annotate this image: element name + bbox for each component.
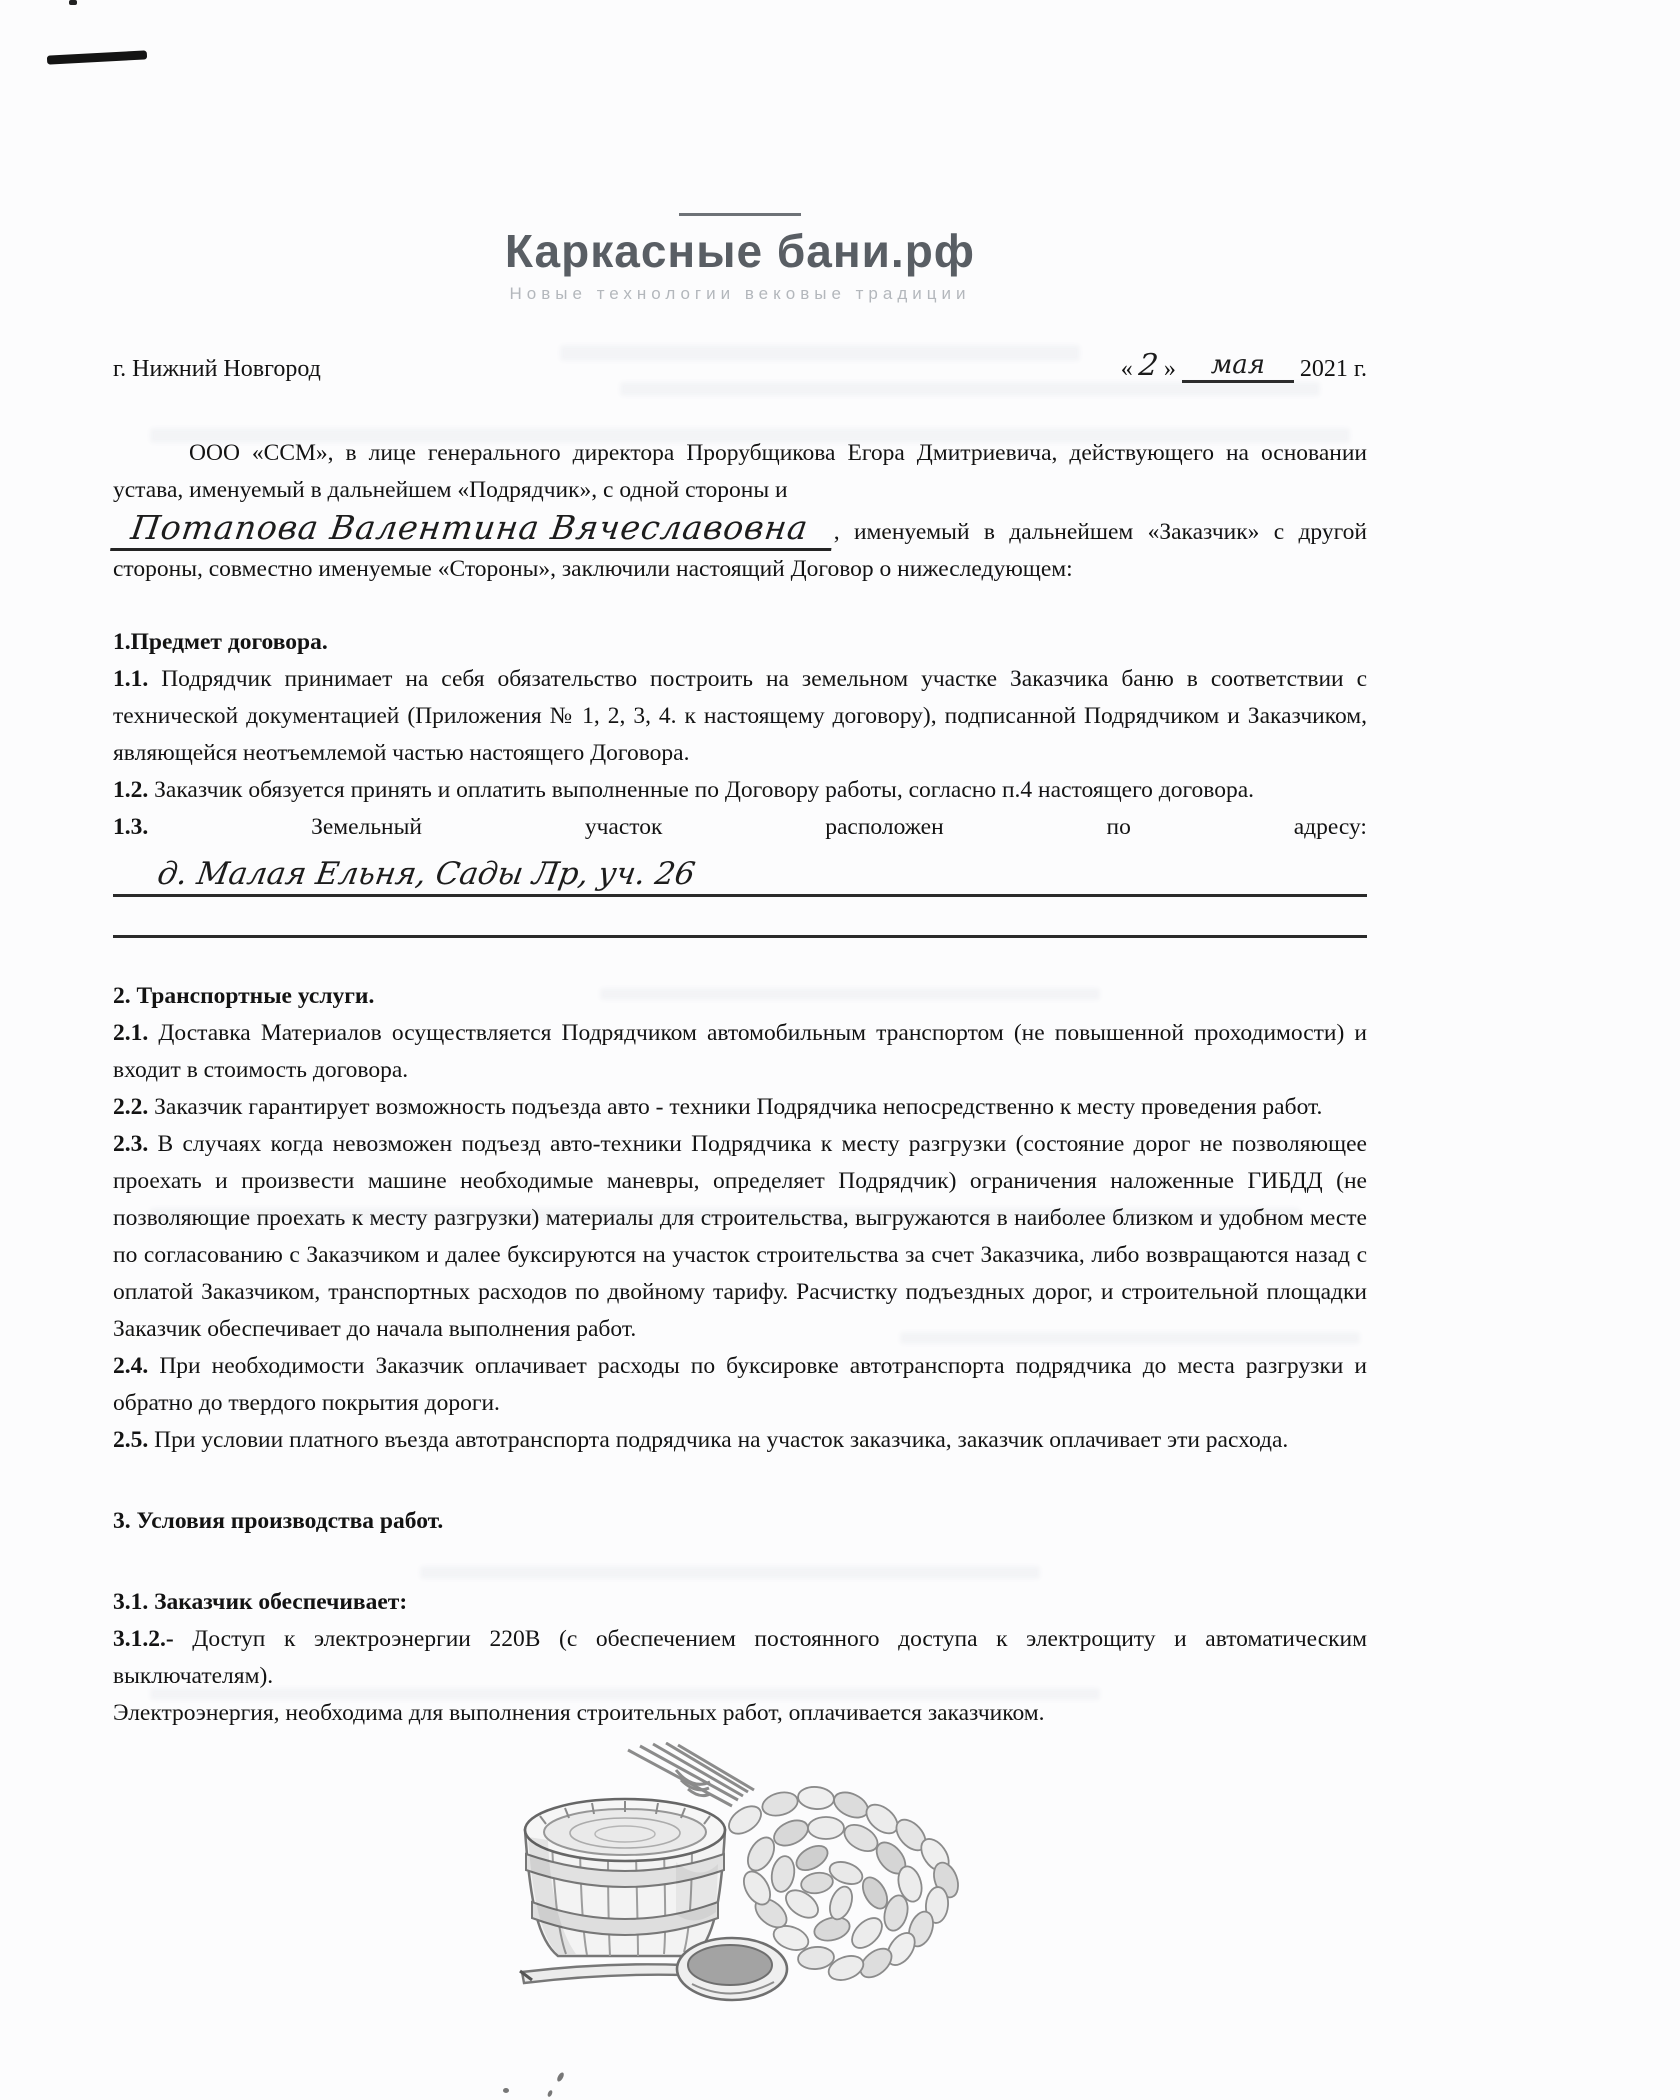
clause-word: адресу: <box>1294 809 1367 846</box>
clause-text: Заказчик гарантирует возможность подъезд… <box>154 1094 1322 1120</box>
spacer <box>113 1459 1367 1503</box>
clause-number: 2.5. <box>113 1427 148 1453</box>
scan-speck <box>556 2071 565 2082</box>
logo-accent-line <box>679 213 801 216</box>
clause-word: участок <box>585 809 663 846</box>
clause-2-5: 2.5. При условии платного въезда автотра… <box>113 1422 1367 1459</box>
clause-1-3: 1.3. Земельный участок расположен по адр… <box>113 809 1367 846</box>
date-group: «2» мая 2021 г. <box>1121 348 1367 383</box>
clause-number: 2.2. <box>113 1094 148 1120</box>
spacer <box>113 938 1367 978</box>
address-blank-line <box>113 894 1367 897</box>
whisk-handle-twigs <box>628 1743 754 1806</box>
clause-word: Земельный <box>311 809 422 846</box>
clause-number: 2.3. <box>113 1131 148 1157</box>
contract-scan-page: Каркасные бани.рф Новые технологии веков… <box>0 0 1680 2100</box>
date-close-quote: » <box>1164 356 1176 383</box>
banya-bucket-whisk-ladle-drawing <box>480 1742 980 2072</box>
spacer <box>113 383 1367 435</box>
date-month-handwritten: мая <box>1182 352 1294 383</box>
section1-heading: 1.Предмет договора. <box>113 624 1367 661</box>
clause-text: При условии платного въезда автотранспор… <box>154 1427 1288 1453</box>
scan-speck <box>547 2089 554 2097</box>
intro-lead-paragraph: ООО «ССМ», в лице генерального директора… <box>113 435 1367 509</box>
clause-2-2: 2.2. Заказчик гарантирует возможность по… <box>113 1089 1367 1126</box>
clause-text: Заказчик обязуется принять и оплатить вы… <box>154 777 1254 803</box>
section2-heading: 2. Транспортные услуги. <box>113 978 1367 1015</box>
clause-2-1: 2.1. Доставка Материалов осуществляется … <box>113 1015 1367 1089</box>
wooden-tub <box>525 1799 725 1956</box>
city-label: г. Нижний Новгород <box>113 356 321 383</box>
clause-text: Доступ к электроэнергии 220В (с обеспече… <box>113 1626 1367 1689</box>
clause-3-1-2: 3.1.2.- Доступ к электроэнергии 220В (с … <box>113 1621 1367 1695</box>
scan-speck <box>69 0 77 5</box>
clause-word: расположен <box>825 809 943 846</box>
address-handwritten: д. Малая Ельня, Сады Лр, уч. 26 <box>113 856 1373 892</box>
city-date-row: г. Нижний Новгород «2» мая 2021 г. <box>113 348 1367 383</box>
intro-customer-paragraph: Потапова Валентина Вячеславовна, именуем… <box>113 509 1367 588</box>
clause-3-1-heading: 3.1. Заказчик обеспечивает: <box>113 1584 1367 1621</box>
clause-text: Подрядчик принимает на себя обязательств… <box>113 666 1367 766</box>
company-logo-title: Каркасные бани.рф <box>113 224 1367 278</box>
company-logo-tagline: Новые технологии вековые традиции <box>113 284 1367 304</box>
clause-word: по <box>1107 809 1131 846</box>
date-day-handwritten: 2 <box>1137 348 1160 383</box>
clause-1-1: 1.1. Подрядчик принимает на себя обязате… <box>113 661 1367 772</box>
spacer <box>113 1540 1367 1584</box>
section3-heading: 3. Условия производства работ. <box>113 1503 1367 1540</box>
clause-text: При необходимости Заказчик оплачивает ра… <box>113 1353 1367 1416</box>
clause-number: 1.1. <box>113 666 148 692</box>
clause-number: 2.1. <box>113 1020 148 1046</box>
clause-text: Доставка Материалов осуществляется Подря… <box>113 1020 1367 1083</box>
date-open-quote: « <box>1121 356 1133 383</box>
electricity-note: Электроэнергия, необходима для выполнени… <box>113 1695 1367 1732</box>
customer-name-handwritten: Потапова Валентина Вячеславовна <box>110 509 837 551</box>
clause-1-2: 1.2. Заказчик обязуется принять и оплати… <box>113 772 1367 809</box>
clause-2-3: 2.3. В случаях когда невозможен подъезд … <box>113 1126 1367 1348</box>
clause-text: В случаях когда невозможен подъезд авто-… <box>113 1131 1367 1342</box>
clause-2-4: 2.4. При необходимости Заказчик оплачива… <box>113 1348 1367 1422</box>
document-content: Каркасные бани.рф Новые технологии веков… <box>113 0 1367 1732</box>
clause-number: 2.4. <box>113 1353 148 1379</box>
clause-number: 1.3. <box>113 809 148 846</box>
date-year: 2021 г. <box>1300 356 1367 383</box>
clause-number: 3.1.2.- <box>113 1626 174 1652</box>
scan-speck <box>503 2088 509 2093</box>
spacer <box>113 588 1367 624</box>
clause-number: 1.2. <box>113 777 148 803</box>
